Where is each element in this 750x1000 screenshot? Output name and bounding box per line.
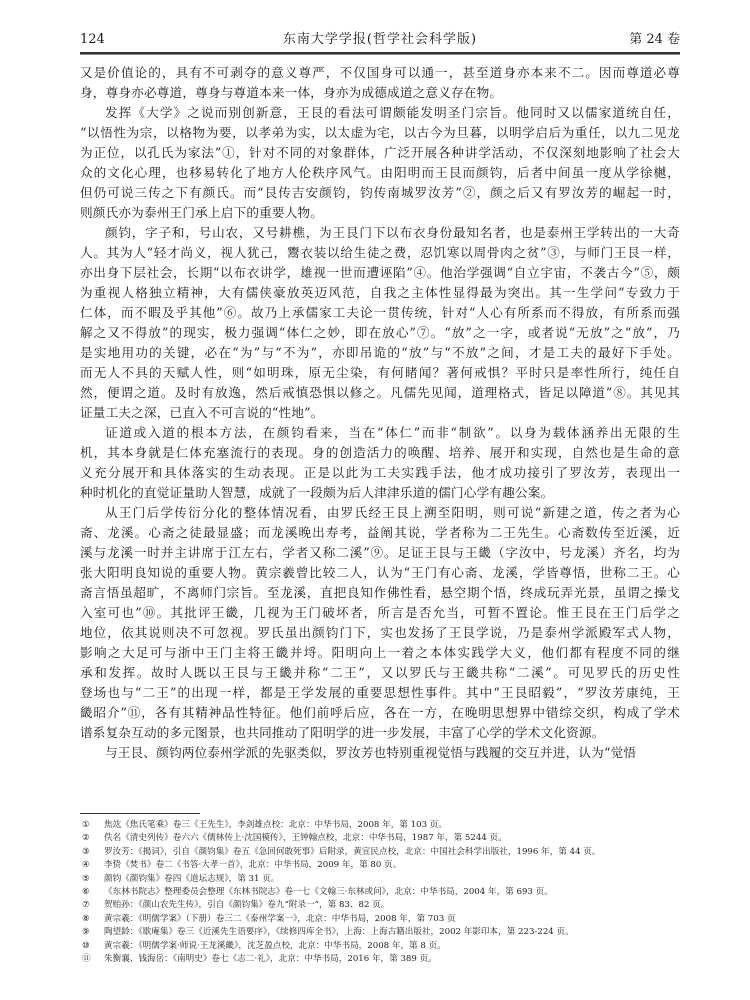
footnote-item: ④李贽《焚书》卷二《书答·大孝一首》，北京：中华书局，2009 年，第 80 页…: [82, 859, 682, 872]
text-line: 而无人不具的天赋人性，则“如明珠，原无尘染，有何睹闻？著何戒惧？平时只是率性所行…: [80, 363, 680, 383]
paragraph: 颜钧，字子和，号山农，又号耕樵，为王艮门下以布衣身份最知名者，也是泰州王学转出的…: [80, 223, 680, 423]
text-line: 从王门后学传衍分化的整体情况看，由罗氏经王艮上溯至阳明，则可说“新建之道，传之者…: [80, 503, 680, 523]
footnote-text: 《东林书院志》整理委员会整理《东林书院志》卷一七《文翰三·东林或问》，北京：中华…: [104, 886, 682, 899]
footnote-item: ⑥《东林书院志》整理委员会整理《东林书院志》卷一七《文翰三·东林或问》，北京：中…: [82, 886, 682, 899]
footnote-text: 贺贻孙：《颜山农先生传》，引自《颜钧集》卷九“附录一”，第 83、82 页。: [104, 899, 682, 912]
footnote-item: ⑧黄宗羲：《明儒学案》（下册）卷三二《泰州学案一》，北京：中华书局，2008 年…: [82, 913, 682, 926]
footnote-item: ⑤颜钧《颜钧集》卷四《道坛志规》，第 31 页。: [82, 873, 682, 886]
text-line: 证道或入道的根本方法，在颜钧看来，当在“体仁”而非“制欲”。以身为载体涵养出无限…: [80, 423, 680, 443]
text-line: 影响之大足可与浙中王门主将王畿并埒。阳明向上一着之本体实践学大义，他们都有程度不…: [80, 643, 680, 663]
footnote-number: ⑪: [82, 953, 104, 966]
text-line: 颜钧，字子和，号山农，又号耕樵，为王艮门下以布衣身份最知名者，也是泰州王学转出的…: [80, 223, 680, 243]
footnote-number: ②: [82, 832, 104, 845]
footnote-number: ③: [82, 846, 104, 859]
paragraph: 又是价值论的，具有不可剥夺的意义尊严，不仅国身可以通一，甚至道身亦本来不二。因而…: [80, 63, 680, 103]
text-line: “以悟性为宗，以格物为要，以孝弟为实，以太虚为宅，以古今为旦暮，以明学启后为重任…: [80, 123, 680, 143]
footnote-number: ⑩: [82, 940, 104, 953]
footnote-item: ⑪朱衡襄、钱海岳：《南明史》卷七《志二·礼》，北京：中华书局，2016 年，第 …: [82, 953, 682, 966]
footnote-text: 罗汝芳：《揭词》，引自《颜钧集》卷五《急回何敢死事》后附录，黄宣民点校，北京：中…: [104, 846, 682, 859]
journal-title: 东南大学学报(哲学社会科学版): [80, 28, 680, 52]
footnote-number: ④: [82, 859, 104, 872]
footnote-text: 颜钧《颜钧集》卷四《道坛志规》，第 31 页。: [104, 873, 682, 886]
text-line: 谱系复杂互动的多元图景，也共同推动了阳明学的进一步发展，丰富了心学的学术文化资源…: [80, 723, 680, 743]
text-line: 与王艮、颜钧两位泰州学派的先驱类似，罗汝芳也特别重视觉悟与践履的交互并进，认为“…: [80, 743, 680, 763]
text-line: 亦出身下层社会，长期“以布衣讲学，雄视一世而遭诬陷”④。他治学强调“自立宇宙，不…: [80, 263, 680, 283]
text-line: 则颜氏亦为泰州王门承上启下的重要人物。: [80, 203, 680, 223]
text-line: 登场也与“二王”的出现一样，都是王学发展的重要思想性事件。其中“王艮昭毅”，“罗…: [80, 683, 680, 703]
footnote-item: ③罗汝芳：《揭词》，引自《颜钧集》卷五《急回何敢死事》后附录，黄宣民点校，北京：…: [82, 846, 682, 859]
text-line: 斋言悟虽超旷，不离师门宗旨。至龙溪，直把良知作佛性看，悬空期个悟，终成玩弄光景，…: [80, 583, 680, 603]
footnote-number: ⑤: [82, 873, 104, 886]
text-line: 仁体，而不暇及乎其他”⑥。故乃上承儒家工夫论一贯传统，针对“人心有所系而不得放，…: [80, 303, 680, 323]
footnote-item: ①焦竑《焦氏笔乘》卷三《王先生》，李剑雄点校：北京：中华书局，2008 年，第 …: [82, 819, 682, 832]
footnote-number: ⑨: [82, 926, 104, 939]
text-line: 斋、龙溪。心斋之徒最显盛；而龙溪晚出寿考，益阐其说，学者称为二王先生。心斋数传至…: [80, 523, 680, 543]
text-line: 种时机化的直觉证量助人智慧，成就了一段颇为后人津津乐道的儒门心学有趣公案。: [80, 483, 680, 503]
text-line: 众的文化心理，也移易转化了地方人伦秩序风气。由阳明而王艮而颜钧，后者中间虽一度从…: [80, 163, 680, 183]
text-line: 机，其本身就是仁体充塞流行的表现。身的创造活力的唤醒、培养、展开和实现，自然也是…: [80, 443, 680, 463]
paragraph: 与王艮、颜钧两位泰州学派的先驱类似，罗汝芳也特别重视觉悟与践履的交互并进，认为“…: [80, 743, 680, 763]
header-rule: [80, 52, 680, 55]
text-line: 是实地用功的关键，必在“为”与“不为”，亦即吊诡的“放”与“不放”之间，才是工夫…: [80, 343, 680, 363]
footnote-text: 李贽《焚书》卷二《书答·大孝一首》，北京：中华书局，2009 年，第 80 页。: [104, 859, 682, 872]
article-body: 又是价值论的，具有不可剥夺的意义尊严，不仅国身可以通一，甚至道身亦本来不二。因而…: [80, 63, 680, 763]
text-line: 地位，依其说则决不可忽视。罗氏虽出颜钧门下，实也发扬了王艮学说，乃是泰州学派殿军…: [80, 623, 680, 643]
text-line: 畿昭介”⑪，各有其精神品性特征。他们前呼后应，各在一方，在晚明思想界中错综交织，…: [80, 703, 680, 723]
footnote-text: 朱衡襄、钱海岳：《南明史》卷七《志二·礼》，北京：中华书局，2016 年，第 3…: [104, 953, 682, 966]
footnote-number: ⑦: [82, 899, 104, 912]
text-line: 为正位，以孔氏为家法”①，针对不同的对象群体，广泛开展各种讲学活动，不仅深刻地影…: [80, 143, 680, 163]
footnotes: ①焦竑《焦氏笔乘》卷三《王先生》，李剑雄点校：北京：中华书局，2008 年，第 …: [82, 819, 682, 966]
footnote-number: ⑥: [82, 886, 104, 899]
footnote-text: 陶望龄：《歇庵集》卷三《近溪先生语要序》，《续修四库全书》，上海：上海古籍出版社…: [104, 926, 682, 939]
paragraph: 从王门后学传衍分化的整体情况看，由罗氏经王艮上溯至阳明，则可说“新建之道，传之者…: [80, 503, 680, 743]
footnote-item: ⑨陶望龄：《歇庵集》卷三《近溪先生语要序》，《续修四库全书》，上海：上海古籍出版…: [82, 926, 682, 939]
volume-label: 第 24 卷: [629, 28, 680, 52]
text-line: 人。其为人“轻才尚义，视人犹己，鬻衣装以给生徒之费，忍饥寒以周骨肉之贫”③，与师…: [80, 243, 680, 263]
text-line: 身，尊身亦必尊道，尊身与尊道本来一体，身亦为成德成道之意义存在物。: [80, 83, 680, 103]
footnote-text: 焦竑《焦氏笔乘》卷三《王先生》，李剑雄点校：北京：中华书局，2008 年，第 1…: [104, 819, 682, 832]
footnote-item: ②佚名《清史列传》卷六六《儒林传上·沈国模传》，王钟翰点校，北京：中华书局，19…: [82, 832, 682, 845]
footnote-separator: [80, 813, 200, 814]
text-line: 解之又不得放”的现实，极力强调“体仁之妙，即在放心”⑦。“放”之一字，或者说“无…: [80, 323, 680, 343]
text-line: 承和发挥。故时人既以王艮与王畿并称“二王”，又以罗氏与王畿共称“二溪”。可见罗氏…: [80, 663, 680, 683]
text-line: 张大阳明良知说的重要人物。黄宗羲曾比较二人，认为“王门有心斋、龙溪，学皆尊悟，世…: [80, 563, 680, 583]
footnote-item: ⑦贺贻孙：《颜山农先生传》，引自《颜钧集》卷九“附录一”，第 83、82 页。: [82, 899, 682, 912]
text-line: 然，便谓之道。及时有放逸，然后戒慎恐惧以修之。凡儒先见闻，道理格式，皆足以障道”…: [80, 383, 680, 403]
text-line: 为重视人格独立精神，大有儒侠豪放英迈风范，自我之主体性显得最为突出。其一生学问“…: [80, 283, 680, 303]
footnote-text: 黄宗羲：《明儒学案·师说·王龙溪畿》，沈芝盈点校，北京：中华书局，2008 年，…: [104, 940, 682, 953]
footnote-text: 黄宗羲：《明儒学案》（下册）卷三二《泰州学案一》，北京：中华书局，2008 年，…: [104, 913, 682, 926]
text-line: 溪与龙溪一时并主讲席于江左右，学者又称二溪”⑨。足证王艮与王畿（字汝中，号龙溪）…: [80, 543, 680, 563]
running-header: 124 东南大学学报(哲学社会科学版) 第 24 卷: [80, 28, 680, 52]
text-line: 又是价值论的，具有不可剥夺的意义尊严，不仅国身可以通一，甚至道身亦本来不二。因而…: [80, 63, 680, 83]
paragraph: 证道或入道的根本方法，在颜钧看来，当在“体仁”而非“制欲”。以身为载体涵养出无限…: [80, 423, 680, 503]
footnote-item: ⑩黄宗羲：《明儒学案·师说·王龙溪畿》，沈芝盈点校，北京：中华书局，2008 年…: [82, 940, 682, 953]
text-line: 入室可也”⑩。其批评王畿，几视为王门破坏者，所言是否允当，可暂不置论。惟王艮在王…: [80, 603, 680, 623]
footnote-number: ①: [82, 819, 104, 832]
footnote-number: ⑧: [82, 913, 104, 926]
text-line: 义充分展开和具体落实的生动表现。正是以此为工夫实践手法，他才成功接引了罗汝芳，表…: [80, 463, 680, 483]
paragraph: 发挥《大学》之说而别创新意，王艮的看法可谓颇能发明圣门宗旨。他同时又以儒家道统自…: [80, 103, 680, 223]
text-line: 发挥《大学》之说而别创新意，王艮的看法可谓颇能发明圣门宗旨。他同时又以儒家道统自…: [80, 103, 680, 123]
footnote-text: 佚名《清史列传》卷六六《儒林传上·沈国模传》，王钟翰点校，北京：中华书局，198…: [104, 832, 682, 845]
text-line: 证量工夫之深，已直入不可言说的“性地”。: [80, 403, 680, 423]
text-line: 但仍可说三传之下有颜氏。而“艮传吉安颜钧，钧传南城罗汝芳”②，颜之后又有罗汝芳的…: [80, 183, 680, 203]
